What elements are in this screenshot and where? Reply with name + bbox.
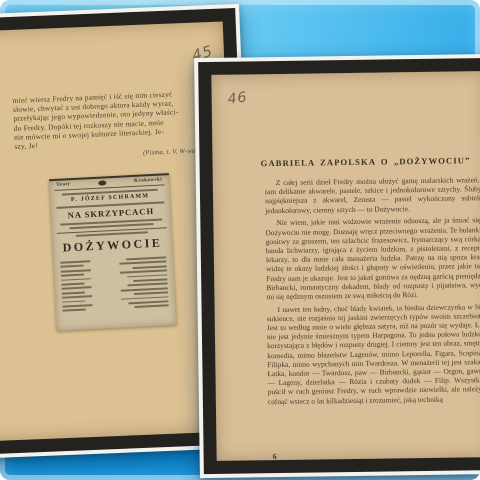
crest-icon xyxy=(98,180,106,185)
right-page-photo: 46 GABRIELA ZAPOLSKA O „DOŻYWOCIU” Z cał… xyxy=(194,54,480,478)
right-page-body-text: Z całej serii dzieł Fredry można ułożyć … xyxy=(265,175,480,409)
playbill-theater-name-left: Teatr xyxy=(56,182,70,188)
playbill-theater-name-right: Krakowski xyxy=(134,177,162,183)
theater-playbill-image: Teatr Krakowski P. JÓZEF SCHRAMM NA SKRZ… xyxy=(49,173,177,331)
body-paragraph: I nawet ten ładny, choć blady kwiatek, t… xyxy=(267,302,480,406)
playbill-cast-list xyxy=(53,253,176,313)
chapter-heading: GABRIELA ZAPOLSKA O „DOŻYWOCIU” xyxy=(242,155,480,168)
right-photo-dark-mat: 46 GABRIELA ZAPOLSKA O „DOŻYWOCIU” Z cał… xyxy=(198,58,480,474)
left-page-excerpt: mieć wiersz Fredry na pamięć i iść się n… xyxy=(12,88,218,164)
page-number: 6 xyxy=(273,452,277,461)
body-paragraph: Z całej serii dzieł Fredry można ułożyć … xyxy=(265,175,480,215)
handwritten-page-number-46: 46 xyxy=(227,89,249,107)
body-paragraph: Nie wiem, jakie inni widzowie wrażenie o… xyxy=(265,215,480,301)
blue-desk-background: 45 mieć wiersz Fredry na pamięć i iść si… xyxy=(0,0,480,480)
right-page-paper: 46 GABRIELA ZAPOLSKA O „DOŻYWOCIU” Z cał… xyxy=(211,71,480,461)
